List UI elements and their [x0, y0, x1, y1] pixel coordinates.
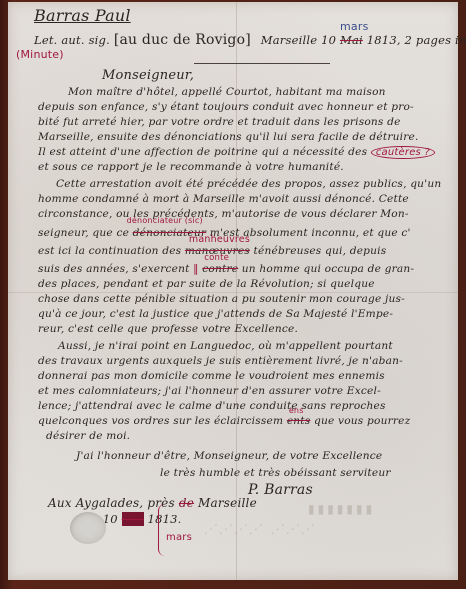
body-line-text: est ici la continuation des — [38, 245, 181, 257]
insertion-mark: ‖ — [193, 263, 199, 275]
struck-word: ents — [287, 415, 311, 427]
body-line: donnerai pas mon domicile comme le voudr… — [38, 370, 385, 382]
dateline-place-text: Aux Aygalades, près — [48, 496, 175, 510]
body-line: depuis son enfance, s'y étant toujours c… — [38, 101, 414, 113]
body-line: suis des années, s'exercent ‖ conte cont… — [38, 263, 414, 275]
place-date: Marseille 10 — [261, 33, 336, 47]
closing-line-1: J'ai l'honneur d'être, Monseigneur, de v… — [76, 450, 382, 462]
body-line-text: seigneur, que ce — [38, 227, 129, 239]
body-line: quelconques vos ordres sur les éclaircis… — [38, 415, 410, 427]
letter-paper: Barras Paul Let. aut. sig. [au duc de Ro… — [8, 2, 458, 580]
minute-annotation: (Minute) — [16, 48, 64, 61]
body-line-text: que vous pourrez — [314, 415, 410, 427]
body-line-text: un homme qui occupa de gran- — [242, 263, 414, 275]
ink-offset-ghost: ⋰⋰⋰⋰ ⋰⋰⋰ — [204, 522, 316, 536]
body-line-text: quelconques vos ordres sur les éclaircis… — [38, 415, 283, 427]
red-annotation-denonciateur: dénonciateur (sic) — [127, 216, 203, 225]
recipient-bracket: [au duc de Rovigo] — [114, 32, 251, 48]
body-line: et mes calomniateurs; j'ai l'honneur d'e… — [38, 385, 381, 397]
red-annotation-ens: ens — [289, 406, 304, 415]
year-pages: 1813, 2 pages in folio — [367, 33, 466, 47]
dateline-place: Aux Aygalades, près de Marseille — [48, 496, 257, 510]
circled-word: cautères — [376, 147, 421, 158]
circled-word-annotation: cautères ? — [371, 146, 435, 159]
red-annotation-mars-bottom: mars — [166, 532, 192, 543]
salutation: Monseigneur, — [102, 68, 194, 83]
body-line: bité fut arreté hier, par votre ordre et… — [38, 116, 401, 128]
document-title: Barras Paul — [34, 6, 131, 25]
dateline-city: Marseille — [198, 496, 257, 510]
body-line: reur, c'est celle que professe votre Exc… — [38, 323, 298, 335]
description-prefix: Let. aut. sig. — [34, 33, 110, 47]
body-line: qu'à ce jour, c'est la justice que j'att… — [38, 308, 393, 320]
month-correction-blue: mars — [340, 20, 369, 33]
body-line: Mon maître d'hôtel, appellé Courtot, hab… — [68, 86, 386, 98]
body-line-text: ténébreuses qui, depuis — [254, 245, 387, 257]
ink-offset-ghost: ▮▮▮▮▮▮▮ — [308, 502, 375, 516]
struck-word: contre — [202, 263, 238, 275]
body-line: chose dans cette pénible situation a pu … — [38, 293, 405, 305]
closing-line-2: le très humble et très obéissant servite… — [160, 467, 391, 479]
body-line: et sous ce rapport je le recommande à vo… — [38, 161, 344, 173]
body-line: circonstance, ou les précédents, m'autor… — [38, 208, 409, 220]
question-mark: ? — [424, 147, 430, 158]
body-line-text: suis des années, s'exercent — [38, 263, 190, 275]
body-line: Aussi, je n'irai point en Languedoc, où … — [58, 340, 393, 352]
date-struck: mai — [122, 512, 144, 526]
red-bracket-mark — [158, 504, 165, 556]
red-annotation-conte: conte — [204, 253, 229, 263]
red-annotation-manheuvres: manheuvres — [189, 234, 250, 245]
body-line: Il est atteint d'une affection de poitri… — [38, 146, 435, 158]
dateline-struck: de — [179, 496, 194, 510]
body-line: désirer de moi. — [46, 430, 130, 442]
body-line: homme condamné à mort à Marseille m'avoi… — [38, 193, 409, 205]
header-divider — [194, 63, 330, 64]
month-struck: Mai — [340, 33, 363, 47]
body-line: des travaux urgents auxquels je suis ent… — [38, 355, 403, 367]
body-line: Cette arrestation avoit été précédée des… — [56, 178, 441, 190]
embossed-seal — [70, 512, 106, 544]
header-description: Let. aut. sig. [au duc de Rovigo] Marsei… — [34, 32, 466, 48]
signature: P. Barras — [248, 482, 313, 498]
body-line: des places, pendant et par suite de la R… — [38, 278, 375, 290]
body-line: lence; j'attendrai avec le calme d'une c… — [38, 400, 386, 412]
body-line: Marseille, ensuite des dénonciations qu'… — [38, 131, 419, 143]
body-line-text: Il est atteint d'une affection de poitri… — [38, 146, 367, 158]
